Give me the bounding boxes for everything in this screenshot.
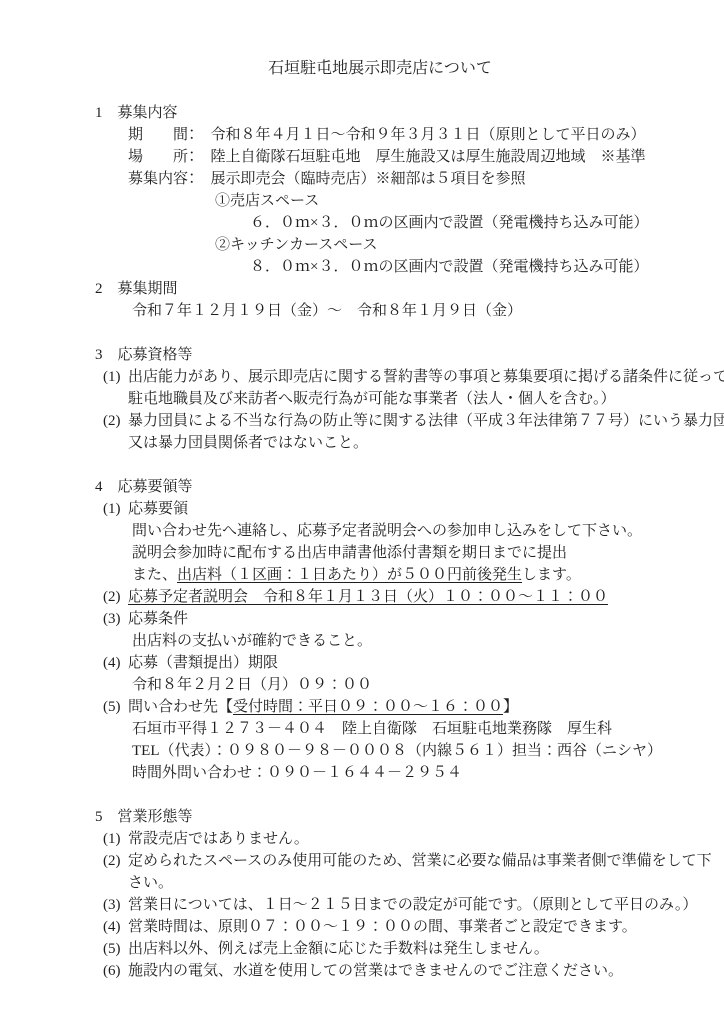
line-briefing-session: (2) 応募予定者説明会 令和８年１月１３日（火）１０：００～１１：００ — [103, 586, 724, 608]
line-recruit-period-dates: 令和７年１２月１９日（金）～ 令和８年１月９日（金） — [132, 300, 724, 322]
section-5-heading: 5営業形態等 — [95, 806, 724, 828]
line-eligibility-2-cont: 又は暴力団員関係者ではないこと。 — [128, 432, 724, 454]
fee-notice-suffix: します。 — [522, 567, 581, 583]
section-3-number: 3 — [95, 347, 103, 363]
section-2-title: 募集期間 — [118, 281, 178, 297]
fee-notice-prefix: また、 — [132, 567, 177, 583]
line-business-2-cont: さい。 — [128, 872, 724, 894]
line-business-2: (2) 定められたスペースのみ使用可能のため、営業に必要な備品は事業者側で準備を… — [103, 850, 724, 872]
section-1-heading: 1募集内容 — [95, 102, 724, 124]
line-eligibility-1: (1) 出店能力があり、展示即売店に関する誓約書等の事項と募集要項に掲げる諸条件… — [103, 366, 724, 388]
spacer — [0, 80, 724, 102]
line-contact-tel: TEL（代表）：０９８０－９８－０００８（内線５６１）担当：西谷（ニシヤ） — [132, 740, 724, 762]
contact-hours-underlined: 受付時間：平日０９：００～１６：００ — [233, 699, 503, 715]
section-5-title: 営業形態等 — [118, 809, 193, 825]
line-fee-payment: 出店料の支払いが確約できること。 — [132, 630, 724, 652]
line-contact-info: (5) 問い合わせ先【受付時間：平日０９：００～１６：００】 — [103, 696, 724, 718]
spacer — [0, 784, 724, 806]
line-fee-notice: また、出店料（１区画：１日あたり）が５００円前後発生します。 — [132, 564, 724, 586]
section-2-heading: 2募集期間 — [95, 278, 724, 300]
spacer — [0, 322, 724, 344]
line-contact-address: 石垣市平得１２７３－４０４ 陸上自衛隊 石垣駐屯地業務隊 厚生科 — [132, 718, 724, 740]
section-1-title: 募集内容 — [118, 105, 178, 121]
line-eligibility-2: (2) 暴力団員による不当な行為の防止等に関する法律（平成３年法律第７７号）にい… — [103, 410, 724, 432]
spacer — [0, 454, 724, 476]
line-location: 場 所： 陸上自衛隊石垣駐屯地 厚生施設又は厚生施設周辺地域 ※基準 — [128, 146, 724, 168]
section-1-number: 1 — [95, 105, 103, 121]
line-booth-space: ①売店スペース — [215, 190, 724, 212]
line-business-3: (3) 営業日については、１日～２１５日までの設定が可能です。（原則として平日の… — [103, 894, 724, 916]
line-deadline-date: 令和８年２月２日（月）０９：００ — [132, 674, 724, 696]
section-3-title: 応募資格等 — [118, 347, 193, 363]
section-5-number: 5 — [95, 809, 103, 825]
line-kitchen-car-space: ②キッチンカースペース — [215, 234, 724, 256]
fee-notice-underlined: 出店料（１区画：１日あたり）が５００円前後発生 — [177, 567, 522, 583]
briefing-underlined: 応募予定者説明会 令和８年１月１３日（火）１０：００～１１：００ — [128, 589, 608, 605]
briefing-prefix: (2) — [103, 589, 128, 605]
line-business-1: (1) 常設売店ではありません。 — [103, 828, 724, 850]
section-2-number: 2 — [95, 281, 103, 297]
line-application-condition: (3) 応募条件 — [103, 608, 724, 630]
line-business-6: (6) 施設内の電気、水道を使用しての営業はできませんのでご注意ください。 — [103, 960, 724, 982]
section-4-heading: 4応募要領等 — [95, 476, 724, 498]
section-3-heading: 3応募資格等 — [95, 344, 724, 366]
contact-suffix: 】 — [503, 699, 518, 715]
section-4-title: 応募要領等 — [118, 479, 193, 495]
line-business-5: (5) 出店料以外、例えば売上金額に応じた手数料は発生しません。 — [103, 938, 724, 960]
line-business-4: (4) 営業時間は、原則０７：００～１９：００の間、事業者ごと設定できます。 — [103, 916, 724, 938]
line-contact-afterhours: 時間外問い合わせ：０９０－１６４４－２９５４ — [132, 762, 724, 784]
document-page: 石垣駐屯地展示即売店について 1募集内容 期 間： 令和８年４月１日～令和９年３… — [0, 0, 724, 1024]
line-application-deadline: (4) 応募（書類提出）期限 — [103, 652, 724, 674]
line-kitchen-car-size: ８．０ｍ×３．０ｍの区画内で設置（発電機持ち込み可能） — [250, 256, 724, 278]
section-4-number: 4 — [95, 479, 103, 495]
line-period: 期 間： 令和８年４月１日～令和９年３月３１日（原則として平日のみ） — [128, 124, 724, 146]
line-document-submission: 説明会参加時に配布する出店申請書他添付書類を期日までに提出 — [132, 542, 724, 564]
document-title: 石垣駐屯地展示即売店について — [18, 58, 724, 80]
line-eligibility-1-cont: 駐屯地職員及び来訪者へ販売行為が可能な事業者（法人・個人を含む。） — [128, 388, 724, 410]
line-booth-size: ６．０ｍ×３．０ｍの区画内で設置（発電機持ち込み可能） — [250, 212, 724, 234]
line-recruit-content: 募集内容： 展示即売会（臨時売店）※細部は５項目を参照 — [128, 168, 724, 190]
contact-prefix: (5) 問い合わせ先【 — [103, 699, 233, 715]
line-contact-instruction: 問い合わせ先へ連絡し、応募予定者説明会への参加申し込みをして下さい。 — [132, 520, 724, 542]
line-application-guide: (1) 応募要領 — [103, 498, 724, 520]
